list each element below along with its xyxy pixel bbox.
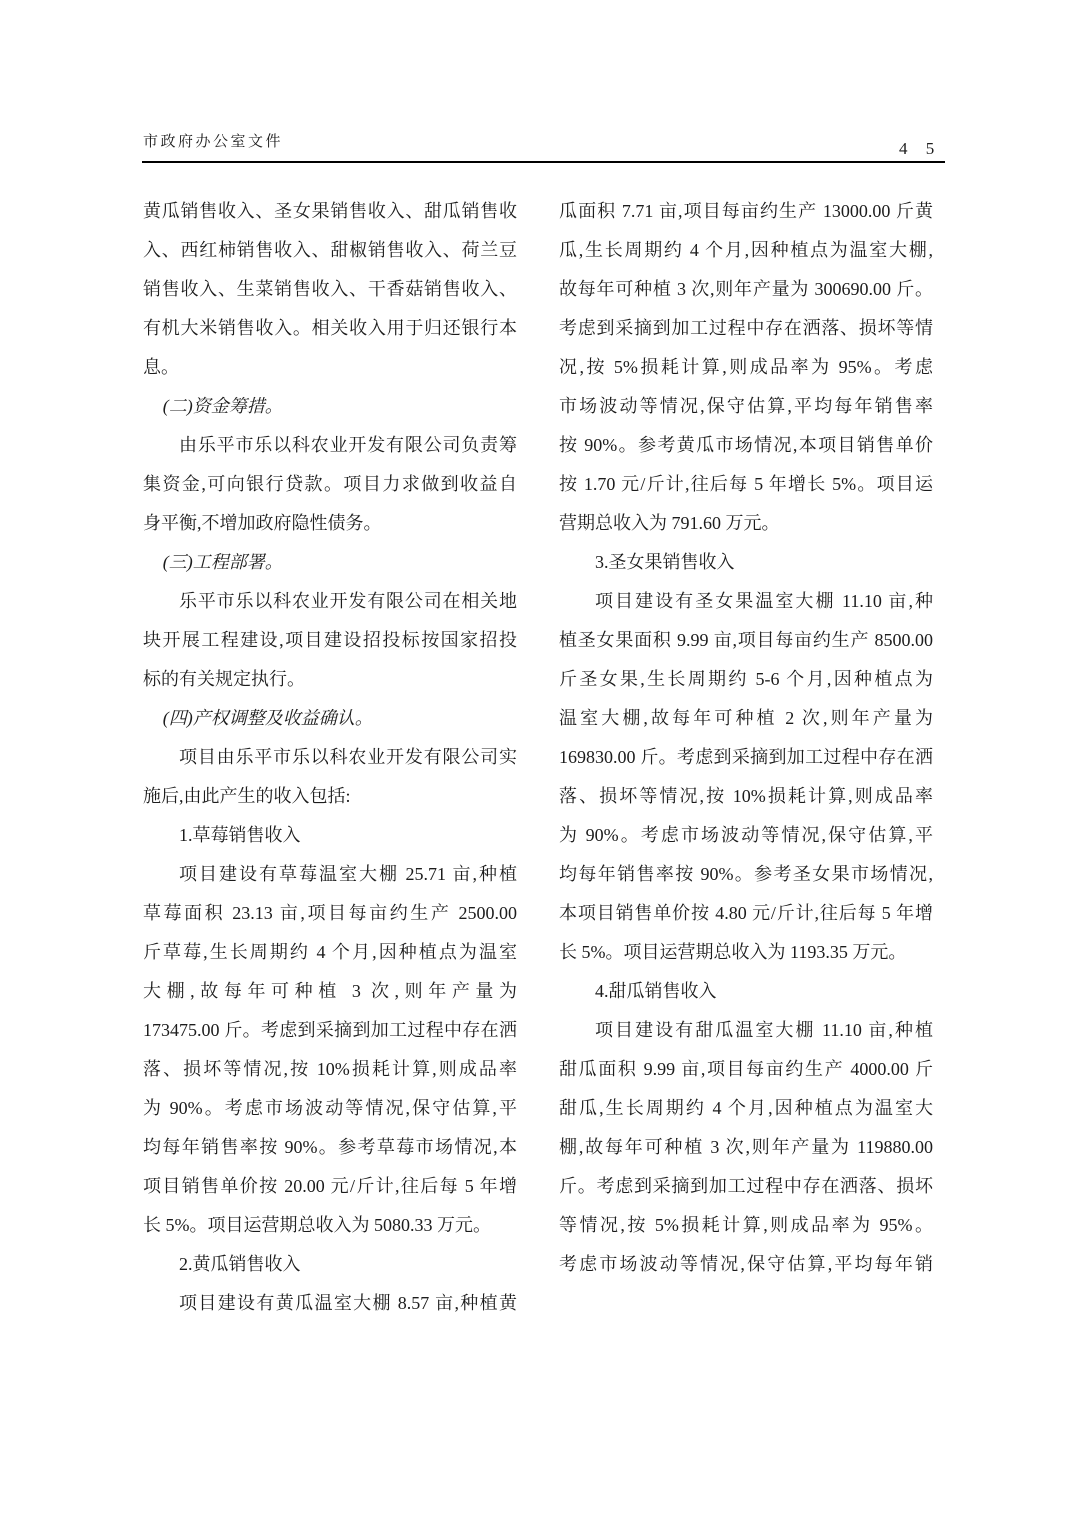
text-line: 等情况,按 5%损耗计算,则成品率为 95%。 <box>559 1206 933 1245</box>
text-line: 长 5%。项目运营期总收入为 1193.35 万元。 <box>559 933 933 972</box>
text-line: 甜瓜,生长周期约 4 个月,因种植点为温室大 <box>559 1089 933 1128</box>
text-line: 项目由乐平市乐以科农业开发有限公司实 <box>143 738 517 777</box>
text-line: 棚,故每年可种植 3 次,则年产量为 119880.00 <box>559 1128 933 1167</box>
text-line: 项目建设有草莓温室大棚 25.71 亩,种植 <box>143 855 517 894</box>
text-line: 斤圣女果,生长周期约 5-6 个月,因种植点为 <box>559 660 933 699</box>
text-line: 销售收入、生菜销售收入、干香菇销售收入、 <box>143 270 517 309</box>
document-page: 市政府办公室文件 4 5 黄瓜销售收入、圣女果销售收入、甜瓜销售收入、西红柿销售… <box>0 0 1074 1520</box>
text-line: 身平衡,不增加政府隐性债务。 <box>143 504 517 543</box>
text-line: 斤。考虑到采摘到加工过程中存在洒落、损坏 <box>559 1167 933 1206</box>
text-line: 黄瓜销售收入、圣女果销售收入、甜瓜销售收 <box>143 192 517 231</box>
text-line: 项目建设有圣女果温室大棚 11.10 亩,种 <box>559 582 933 621</box>
text-line: 本项目销售单价按 4.80 元/斤计,往后每 5 年增 <box>559 894 933 933</box>
page-number: 4 5 <box>899 139 941 159</box>
text-line: 入、西红柿销售收入、甜椒销售收入、荷兰豆 <box>143 231 517 270</box>
text-line: 项目建设有黄瓜温室大棚 8.57 亩,种植黄 <box>143 1284 517 1323</box>
right-text-column: 瓜面积 7.71 亩,项目每亩约生产 13000.00 斤黄瓜,生长周期约 4 … <box>559 192 933 1284</box>
text-line: 故每年可种植 3 次,则年产量为 300690.00 斤。 <box>559 270 933 309</box>
text-line: 长 5%。项目运营期总收入为 5080.33 万元。 <box>143 1206 517 1245</box>
text-line: 项目建设有甜瓜温室大棚 11.10 亩,种植 <box>559 1011 933 1050</box>
text-line: 甜瓜面积 9.99 亩,项目每亩约生产 4000.00 斤 <box>559 1050 933 1089</box>
text-line: 集资金,可向银行贷款。项目力求做到收益自 <box>143 465 517 504</box>
text-line: 考虑到采摘到加工过程中存在洒落、损坏等情 <box>559 309 933 348</box>
text-line: 况,按 5%损耗计算,则成品率为 95%。考虑 <box>559 348 933 387</box>
text-line: 4.甜瓜销售收入 <box>559 972 933 1011</box>
section-heading-line: (二)资金筹措。 <box>143 387 517 426</box>
section-heading-line: (三)工程部署。 <box>143 543 517 582</box>
text-line: 1.草莓销售收入 <box>143 816 517 855</box>
text-line: 植圣女果面积 9.99 亩,项目每亩约生产 8500.00 <box>559 621 933 660</box>
text-line: 项目销售单价按 20.00 元/斤计,往后每 5 年增 <box>143 1167 517 1206</box>
text-line: 瓜面积 7.71 亩,项目每亩约生产 13000.00 斤黄 <box>559 192 933 231</box>
text-line: 大棚,故每年可种植 3 次,则年产量为 <box>143 972 517 1011</box>
text-line: 块开展工程建设,项目建设招投标按国家招投 <box>143 621 517 660</box>
text-line: 施后,由此产生的收入包括: <box>143 777 517 816</box>
text-line: 乐平市乐以科农业开发有限公司在相关地 <box>143 582 517 621</box>
text-line: 由乐平市乐以科农业开发有限公司负责筹 <box>143 426 517 465</box>
text-line: 草莓面积 23.13 亩,项目每亩约生产 2500.00 <box>143 894 517 933</box>
text-line: 斤草莓,生长周期约 4 个月,因种植点为温室 <box>143 933 517 972</box>
text-line: 标的有关规定执行。 <box>143 660 517 699</box>
text-line: 为 90%。考虑市场波动等情况,保守估算,平 <box>559 816 933 855</box>
text-line: 为 90%。考虑市场波动等情况,保守估算,平 <box>143 1089 517 1128</box>
page-header-title: 市政府办公室文件 <box>143 130 283 151</box>
text-line: 均每年销售率按 90%。参考圣女果市场情况, <box>559 855 933 894</box>
text-line: 落、损坏等情况,按 10%损耗计算,则成品率 <box>559 777 933 816</box>
text-line: 落、损坏等情况,按 10%损耗计算,则成品率 <box>143 1050 517 1089</box>
text-line: 均每年销售率按 90%。参考草莓市场情况,本 <box>143 1128 517 1167</box>
text-line: 2.黄瓜销售收入 <box>143 1245 517 1284</box>
text-line: 按 1.70 元/斤计,往后每 5 年增长 5%。项目运 <box>559 465 933 504</box>
text-line: 有机大米销售收入。相关收入用于归还银行本 <box>143 309 517 348</box>
text-line: 考虑市场波动等情况,保守估算,平均每年销 <box>559 1245 933 1284</box>
text-line: 营期总收入为 791.60 万元。 <box>559 504 933 543</box>
text-line: 息。 <box>143 348 517 387</box>
text-line: 温室大棚,故每年可种植 2 次,则年产量为 <box>559 699 933 738</box>
left-text-column: 黄瓜销售收入、圣女果销售收入、甜瓜销售收入、西红柿销售收入、甜椒销售收入、荷兰豆… <box>143 192 517 1323</box>
text-line: 169830.00 斤。考虑到采摘到加工过程中存在洒 <box>559 738 933 777</box>
header-rule-divider <box>142 161 945 163</box>
text-line: 173475.00 斤。考虑到采摘到加工过程中存在洒 <box>143 1011 517 1050</box>
text-line: 按 90%。参考黄瓜市场情况,本项目销售单价 <box>559 426 933 465</box>
text-line: 瓜,生长周期约 4 个月,因种植点为温室大棚, <box>559 231 933 270</box>
section-heading-line: (四)产权调整及收益确认。 <box>143 699 517 738</box>
text-line: 市场波动等情况,保守估算,平均每年销售率 <box>559 387 933 426</box>
text-line: 3.圣女果销售收入 <box>559 543 933 582</box>
